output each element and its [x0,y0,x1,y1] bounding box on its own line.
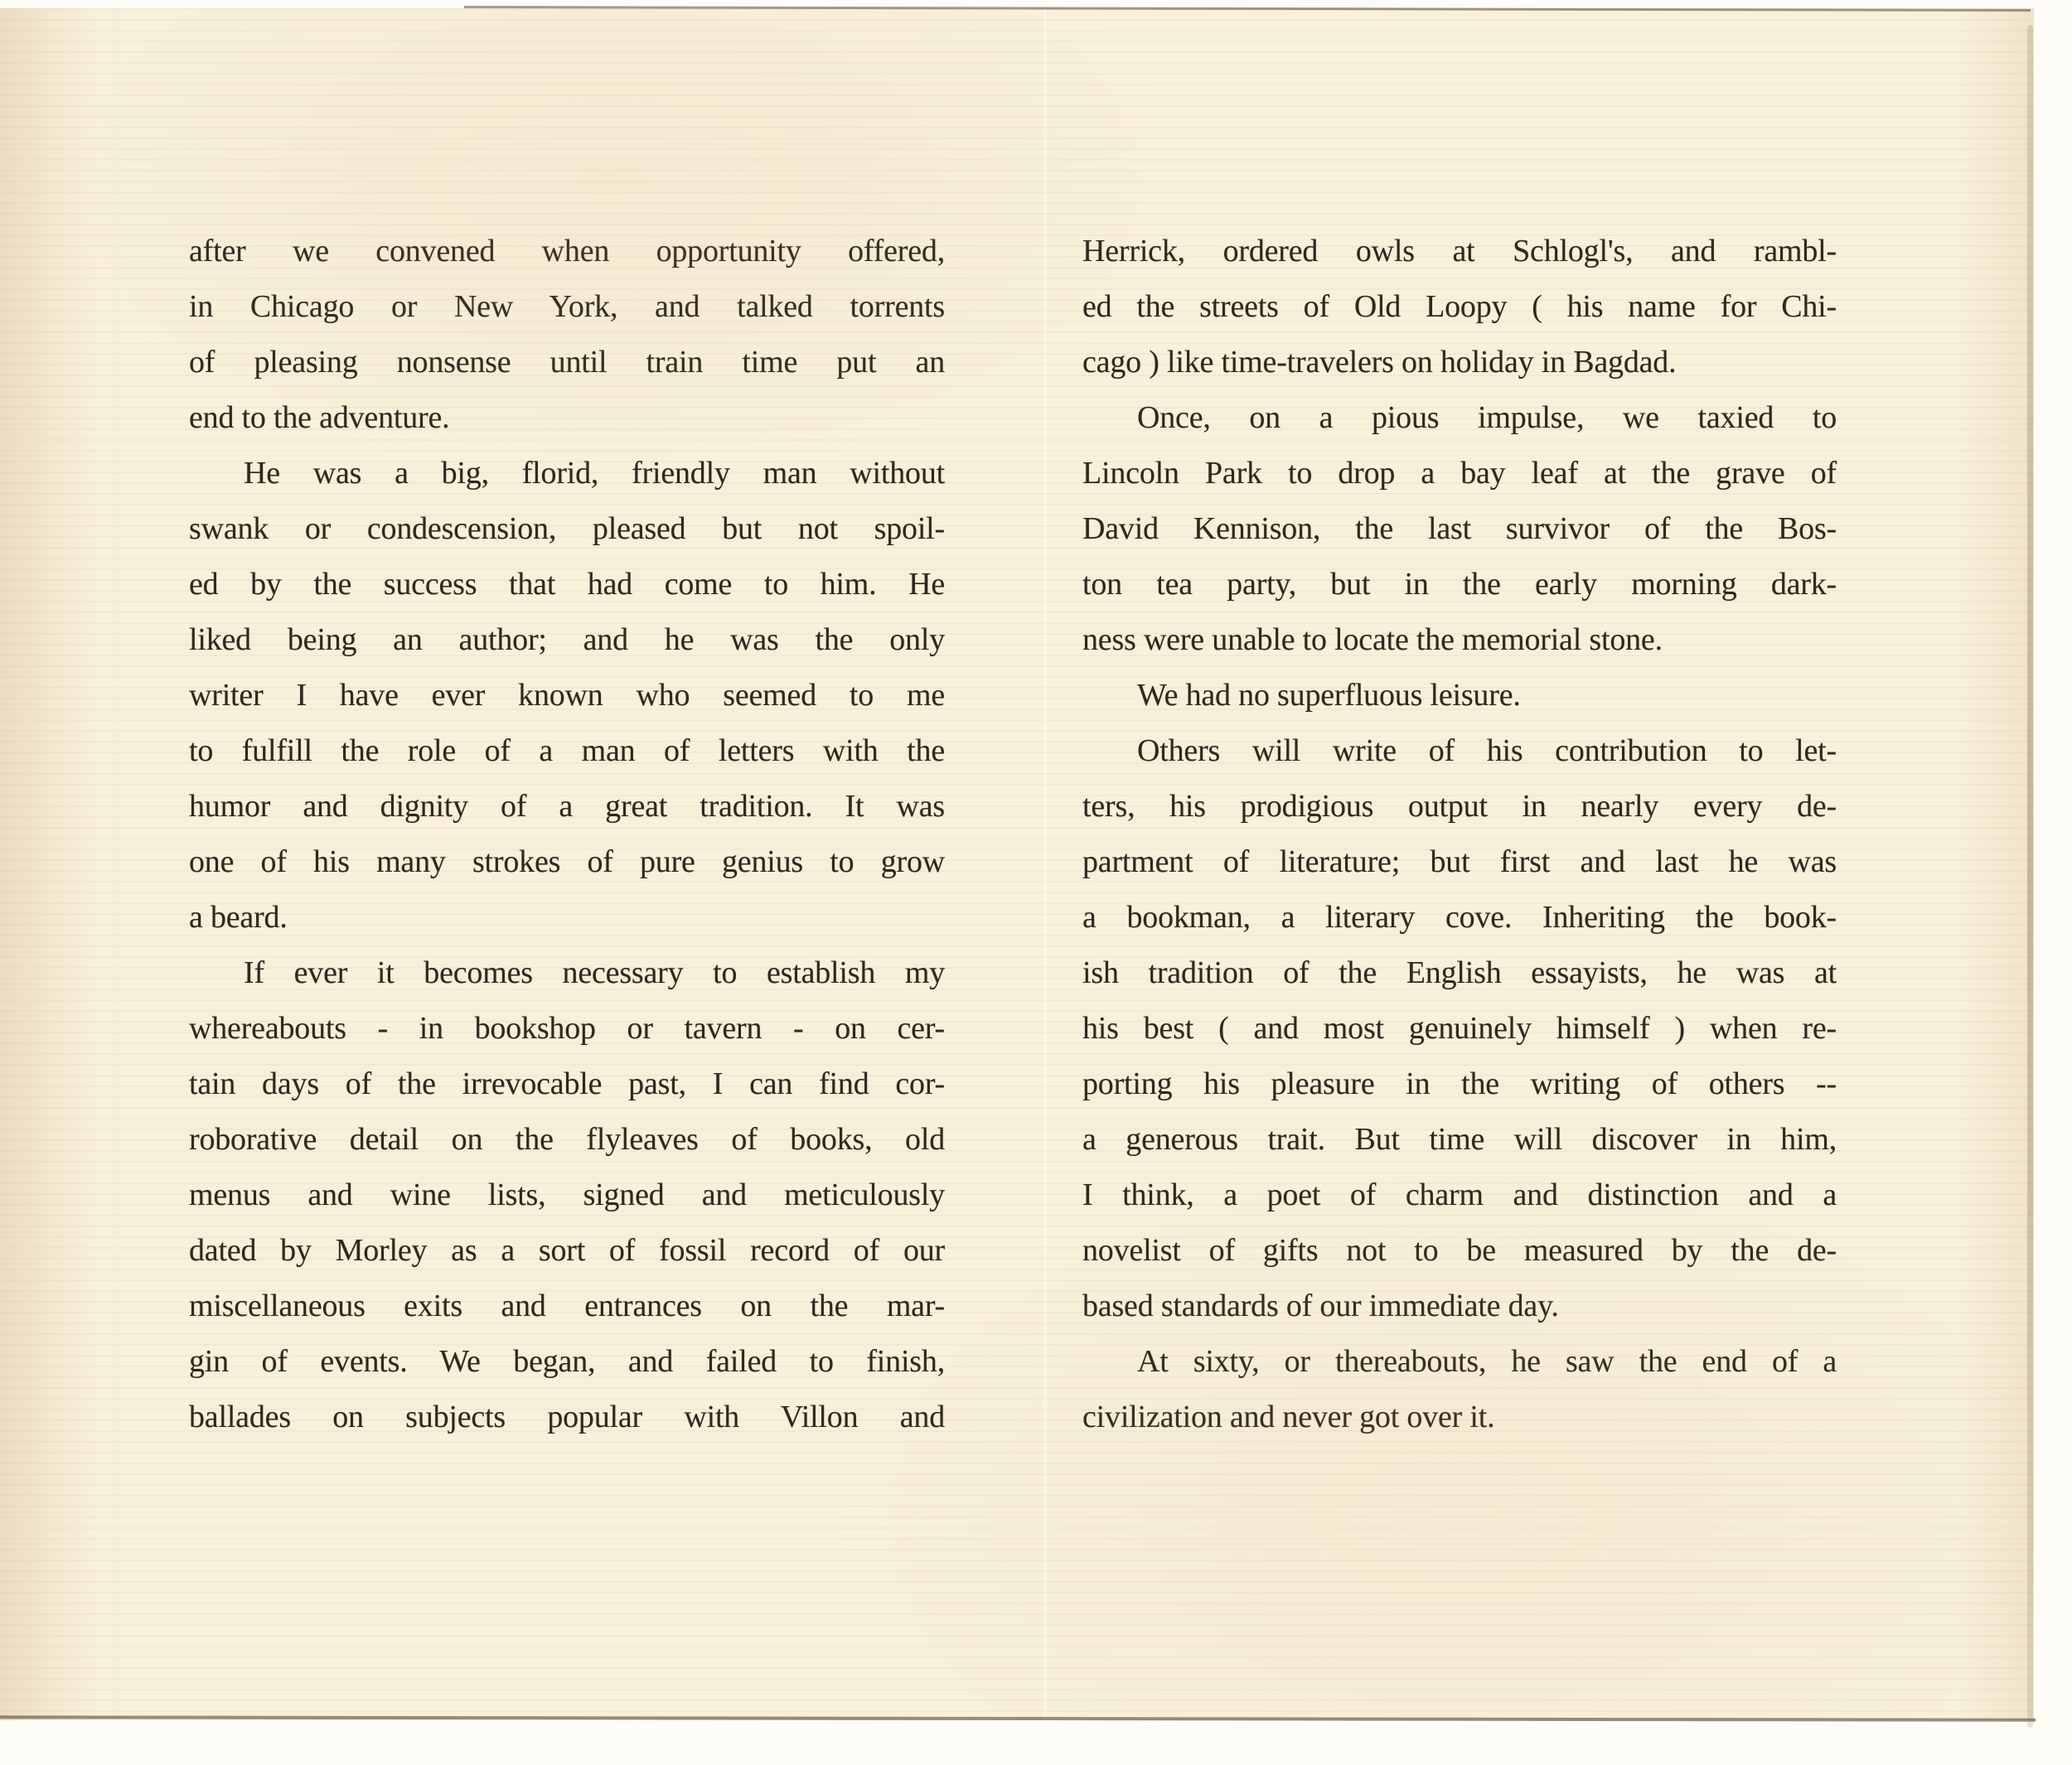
text-line: to fulfill the role of a man of letters … [189,723,945,779]
book-page: after we convened when opportunity offer… [0,8,2034,1720]
scan-background: after we convened when opportunity offer… [0,0,2072,1765]
text-line: a bookman, a literary cove. Inheriting t… [1082,890,1837,945]
text-column-left: after we convened when opportunity offer… [189,224,945,1445]
text-line: civilization and never got over it. [1082,1390,1837,1445]
text-line: ness were unable to locate the memorial … [1082,612,1837,668]
text-line: cago ) like time-travelers on holiday in… [1082,335,1837,390]
text-line: a beard. [189,890,945,945]
text-line: his best ( and most genuinely himself ) … [1082,1001,1837,1057]
text-line: roborative detail on the flyleaves of bo… [189,1112,945,1168]
text-line: ters, his prodigious output in nearly ev… [1082,779,1837,834]
text-line: He was a big, florid, friendly man witho… [189,446,945,501]
text-line: menus and wine lists, signed and meticul… [189,1168,945,1223]
text-line: in Chicago or New York, and talked torre… [189,279,945,335]
text-line: ballades on subjects popular with Villon… [189,1390,945,1445]
text-line: dated by Morley as a sort of fossil reco… [189,1223,945,1279]
text-line: ton tea party, but in the early morning … [1082,557,1837,612]
text-line: partment of literature; but first and la… [1082,834,1837,890]
text-line: At sixty, or thereabouts, he saw the end… [1082,1334,1837,1390]
text-column-right: Herrick, ordered owls at Schlogl's, and … [1082,224,1837,1445]
text-line: a generous trait. But time will discover… [1082,1112,1837,1168]
text-line: humor and dignity of a great tradition. … [189,779,945,834]
text-line: writer I have ever known who seemed to m… [189,668,945,723]
text-line: If ever it becomes necessary to establis… [189,945,945,1001]
text-line: ed by the success that had come to him. … [189,557,945,612]
text-line: I think, a poet of charm and distinction… [1082,1168,1837,1223]
left-fold-crease [114,8,117,1720]
text-line: Herrick, ordered owls at Schlogl's, and … [1082,224,1837,279]
text-line: one of his many strokes of pure genius t… [189,834,945,890]
text-line: miscellaneous exits and entrances on the… [189,1279,945,1334]
text-line: based standards of our immediate day. [1082,1279,1837,1334]
text-line: of pleasing nonsense until train time pu… [189,335,945,390]
paper-deckle-edge [2027,25,2033,1728]
text-line: ed the streets of Old Loopy ( his name f… [1082,279,1837,335]
text-line: novelist of gifts not to be measured by … [1082,1223,1837,1279]
text-line: liked being an author; and he was the on… [189,612,945,668]
text-line: ish tradition of the English essayists, … [1082,945,1837,1001]
center-fold-crease [1043,8,1048,1720]
text-line: Lincoln Park to drop a bay leaf at the g… [1082,446,1837,501]
text-line: Others will write of his contribution to… [1082,723,1837,779]
text-line: gin of events. We began, and failed to f… [189,1334,945,1390]
text-line: end to the adventure. [189,390,945,446]
text-line: We had no superfluous leisure. [1082,668,1837,723]
text-line: Once, on a pious impulse, we taxied to [1082,390,1837,446]
text-line: David Kennison, the last survivor of the… [1082,501,1837,557]
text-line: after we convened when opportunity offer… [189,224,945,279]
text-line: tain days of the irrevocable past, I can… [189,1057,945,1112]
text-line: swank or condescension, pleased but not … [189,501,945,557]
text-line: porting his pleasure in the writing of o… [1082,1057,1837,1112]
text-line: whereabouts - in bookshop or tavern - on… [189,1001,945,1057]
